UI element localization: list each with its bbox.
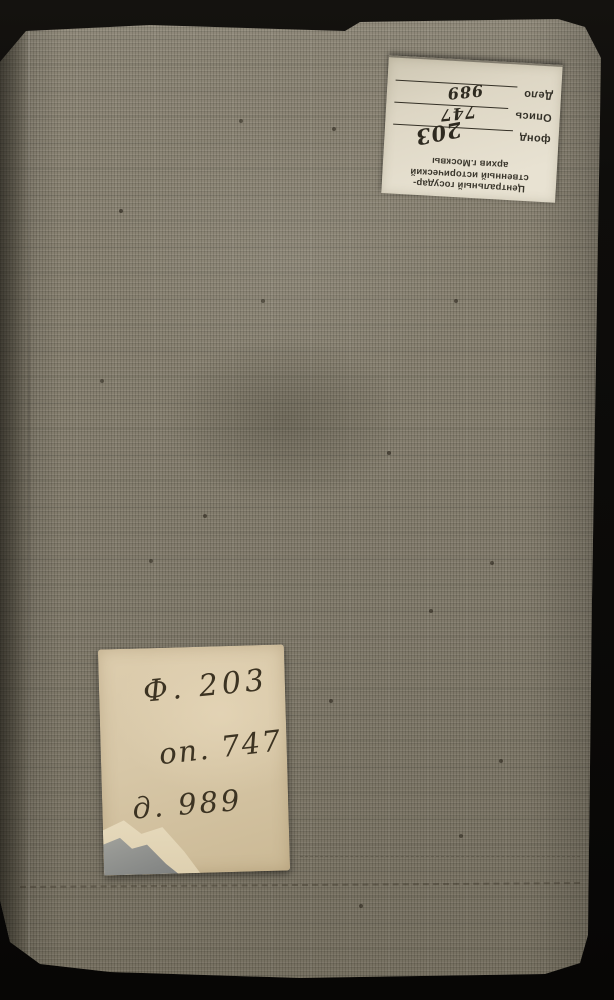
- fond-label: фонд: [519, 130, 551, 145]
- stitch-seam-upper: [300, 856, 580, 857]
- delo-number-handwritten: д. 989: [131, 783, 244, 826]
- photo-backdrop: Центральный государ- ственный историческ…: [0, 0, 614, 1000]
- stitch-seam: [20, 882, 580, 888]
- archive-stamp-label: Центральный государ- ственный историческ…: [381, 55, 562, 202]
- stamp-fields: фонд 203 Опись 747 Дело 989: [392, 79, 553, 154]
- fabric-speckles: [0, 0, 2, 2]
- delo-label: Дело: [523, 87, 553, 102]
- opis-label: Опись: [515, 108, 553, 123]
- fond-number-handwritten: Ф. 203: [142, 663, 270, 710]
- archive-name: Центральный государ- ственный историческ…: [390, 152, 550, 195]
- opis-number-handwritten: оп. 747: [157, 723, 284, 771]
- book-spine: [0, 28, 30, 963]
- spine-crease: [28, 30, 30, 960]
- shelf-number-label: Ф. 203 оп. 747 д. 989: [98, 644, 290, 875]
- delo-value-handwritten: 989: [445, 81, 483, 104]
